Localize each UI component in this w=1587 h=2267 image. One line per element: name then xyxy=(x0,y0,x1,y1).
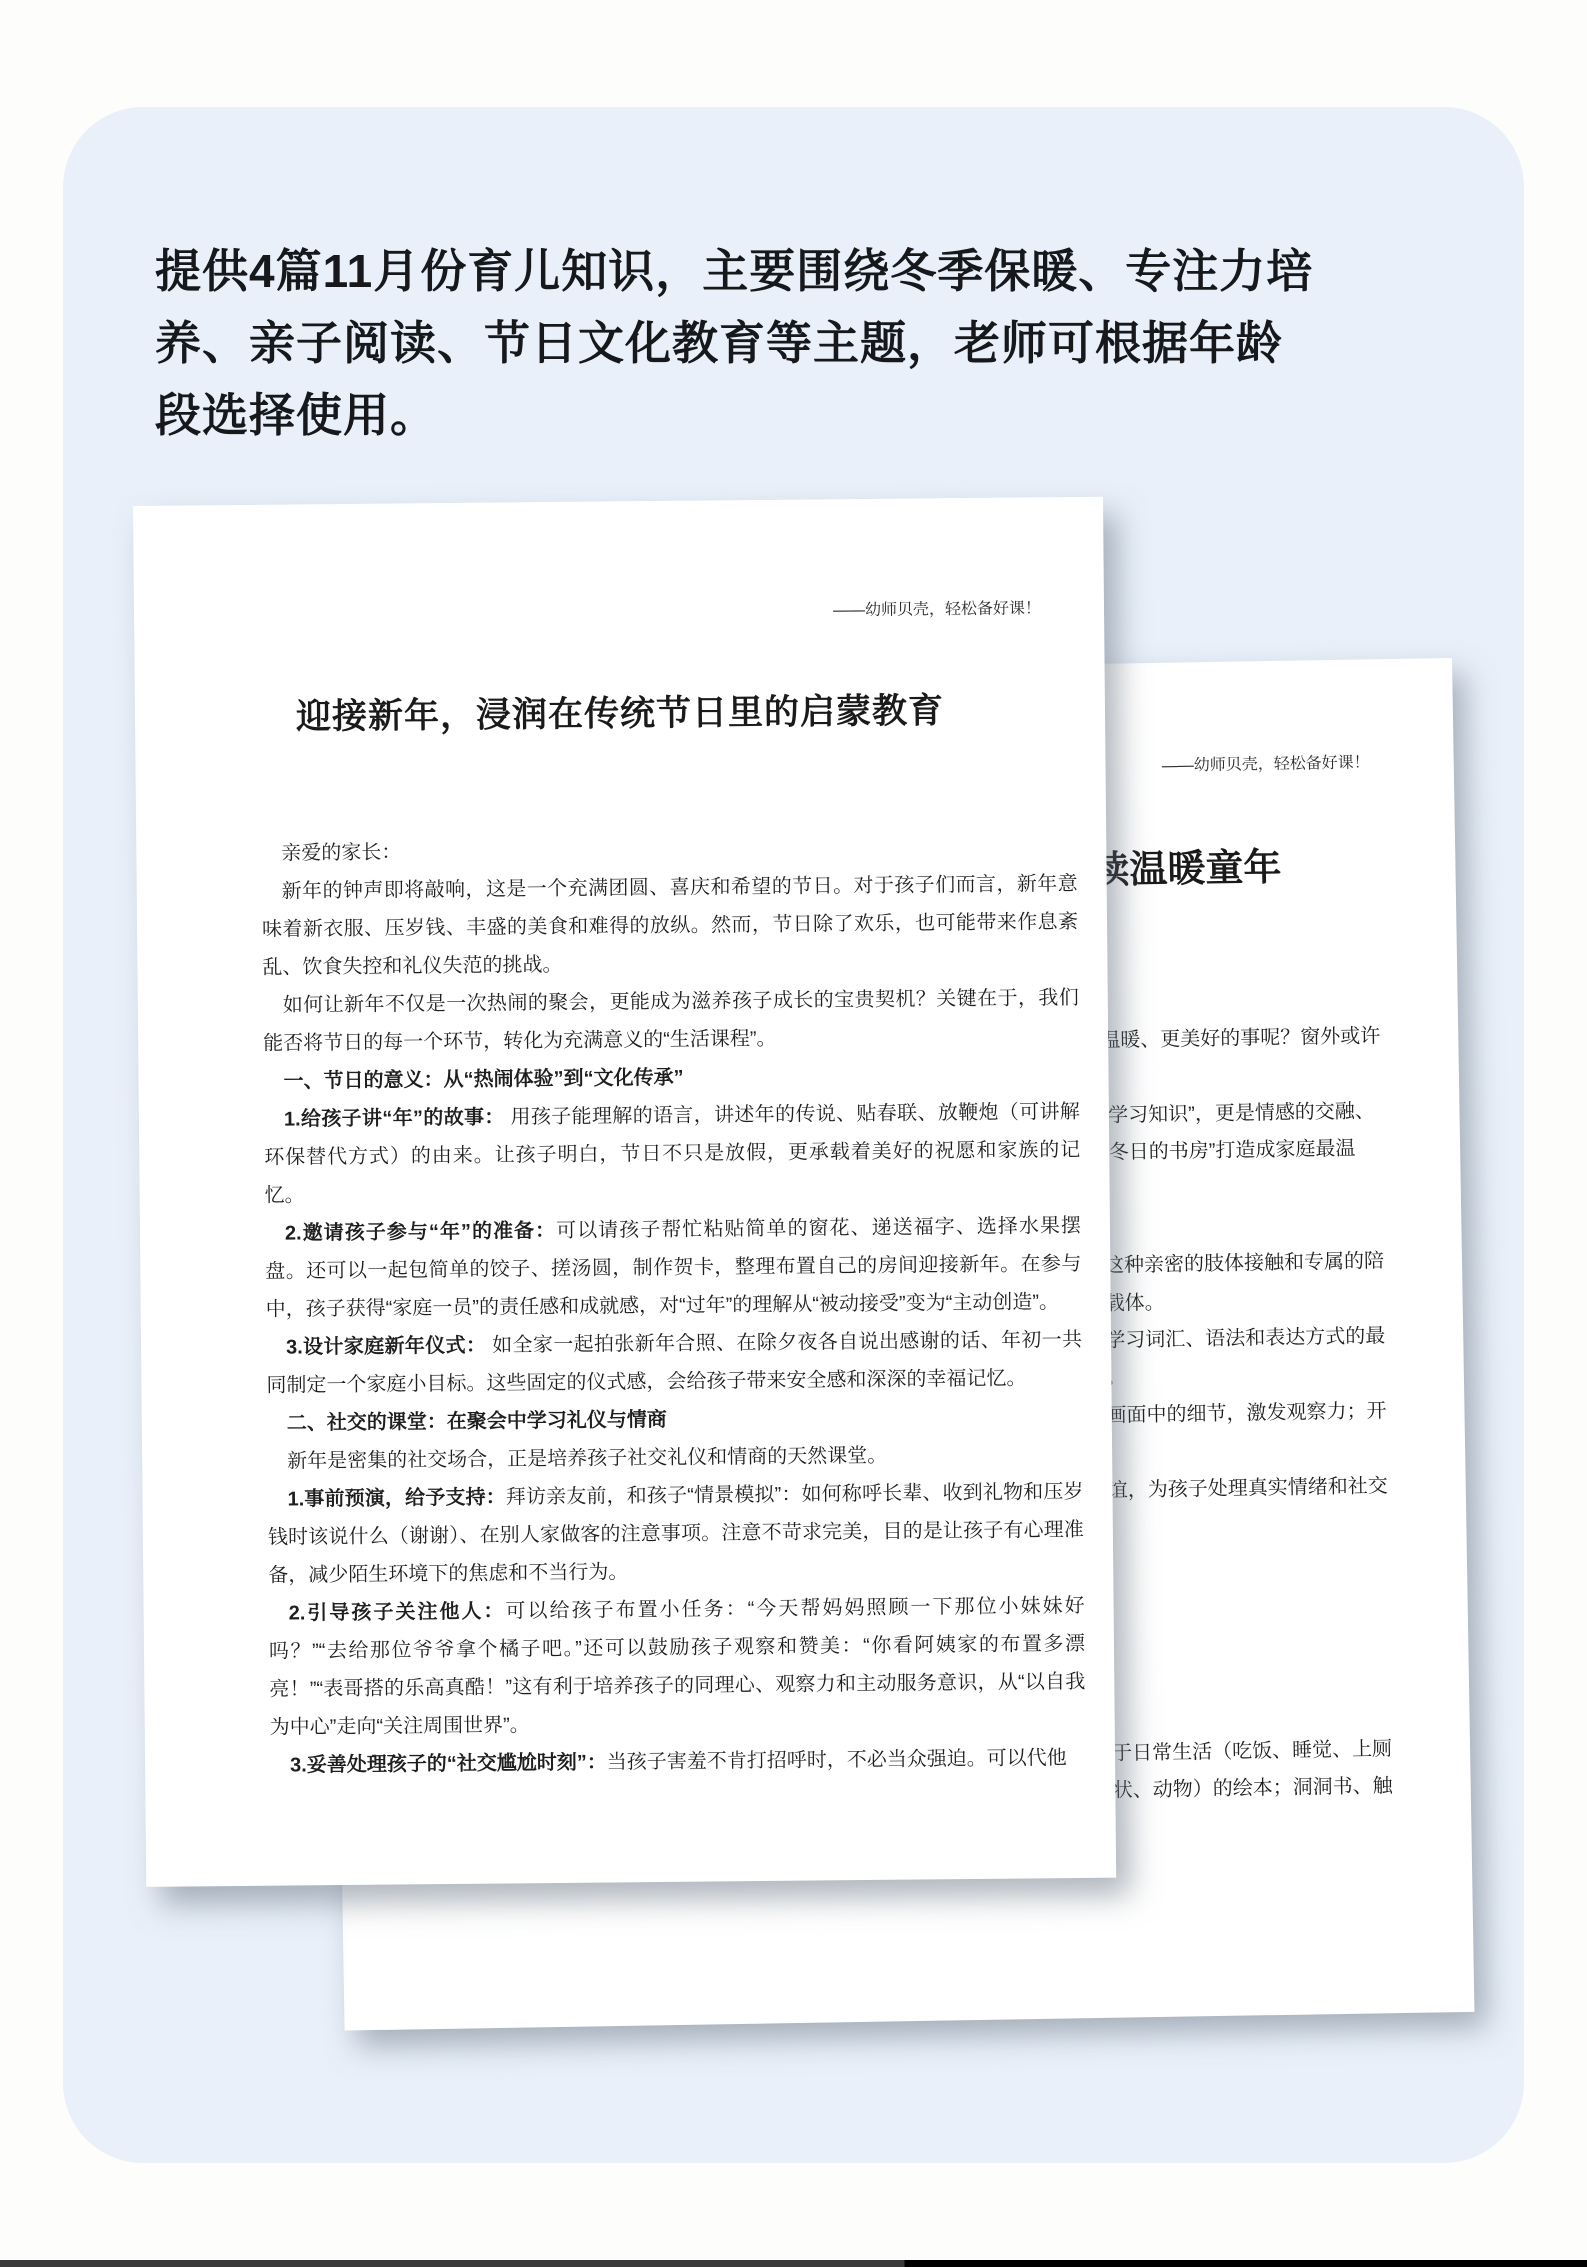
caption: 提供4篇11月份育儿知识，主要围绕冬季保暖、专注力培 养、亲子阅读、节日文化教育… xyxy=(155,235,1313,451)
clipped-text-line: “学习知识”，更是情感的交融、 xyxy=(1101,1092,1375,1135)
caption-line: 提供4篇11月份育儿知识，主要围绕冬季保暖、专注力培 xyxy=(155,235,1313,307)
clipped-text-line: 画面中的细节，激发观察力；开 xyxy=(1106,1392,1387,1435)
brand-note: ——幼师贝壳，轻松备好课！ xyxy=(833,595,1041,620)
paragraph: 如何让新年不仅是一次热闹的聚会，更能成为滋养孩子成长的宝贵契机？关键在于，我们能… xyxy=(263,979,1080,1063)
content-panel: 提供4篇11月份育儿知识，主要围绕冬季保暖、专注力培 养、亲子阅读、节日文化教育… xyxy=(63,107,1524,2163)
paragraph: 2.引导孩子关注他人：可以给孩子布置小任务：“今天帮妈妈照顾一下那位小妹妹好吗？… xyxy=(268,1587,1085,1747)
clipped-text-line: 载体。 xyxy=(1104,1284,1165,1323)
clipped-text-line: “冬日的书房”打造成家庭最温 xyxy=(1102,1130,1356,1172)
clipped-text-line: 学习词汇、语法和表达方式的最 xyxy=(1105,1317,1386,1360)
paragraph: 1.事前预演，给予支持：拜访亲友前，和孩子“情景模拟”：如何称呼长辈、收到礼物和… xyxy=(267,1473,1084,1595)
clipped-text-line: 状、动物）的绘本；洞洞书、触 xyxy=(1112,1767,1393,1810)
brand-note: ——幼师贝壳，轻松备好课！ xyxy=(1162,749,1370,775)
clipped-text-line: 温暖、更美好的事呢？窗外或许 xyxy=(1100,1017,1381,1060)
document-page-front: ——幼师贝壳，轻松备好课！ 迎接新年，浸润在传统节日里的启蒙教育 亲爱的家长：新… xyxy=(133,497,1116,1887)
screenshot-canvas: 提供4篇11月份育儿知识，主要围绕冬季保暖、专注力培 养、亲子阅读、节日文化教育… xyxy=(0,0,1587,2267)
document-title: 迎接新年，浸润在传统节日里的启蒙教育 xyxy=(135,682,1105,741)
paragraph: 3.妥善处理孩子的“社交尴尬时刻”：当孩子害羞不肯打招呼时，不必当众强迫。可以代… xyxy=(270,1739,1086,1785)
paragraph: 2.邀请孩子参与“年”的准备：可以请孩子帮忙粘贴简单的窗花、递送福字、选择水果摆… xyxy=(265,1207,1082,1329)
document-body: 亲爱的家长：新年的钟声即将敲响，这是一个充满团圆、喜庆和希望的节日。对于孩子们而… xyxy=(261,827,1086,1785)
clipped-text-line: 于日常生活（吃饭、睡觉、上厕 xyxy=(1112,1730,1393,1773)
document-title-fragment: 读温暖童年 xyxy=(1091,836,1282,894)
clipped-text-line: 这种亲密的肢体接触和专属的陪 xyxy=(1104,1242,1385,1285)
clipped-text-line: 谊，为孩子处理真实情绪和社交 xyxy=(1107,1467,1388,1510)
paragraph: 1.给孩子讲“年”的故事： 用孩子能理解的语言，讲述年的传说、贴春联、放鞭炮（可… xyxy=(264,1093,1081,1215)
caption-line: 养、亲子阅读、节日文化教育等主题，老师可根据年龄 xyxy=(155,307,1313,379)
paragraph: 新年的钟声即将敲响，这是一个充满团圆、喜庆和希望的节日。对于孩子们而言，新年意味… xyxy=(262,865,1079,987)
caption-line: 段选择使用。 xyxy=(155,379,1313,451)
paragraph: 3.设计家庭新年仪式： 如全家一起拍张新年合照、在除夕夜各自说出感谢的话、年初一… xyxy=(266,1321,1083,1405)
bottom-edge-bar xyxy=(0,2260,1587,2267)
